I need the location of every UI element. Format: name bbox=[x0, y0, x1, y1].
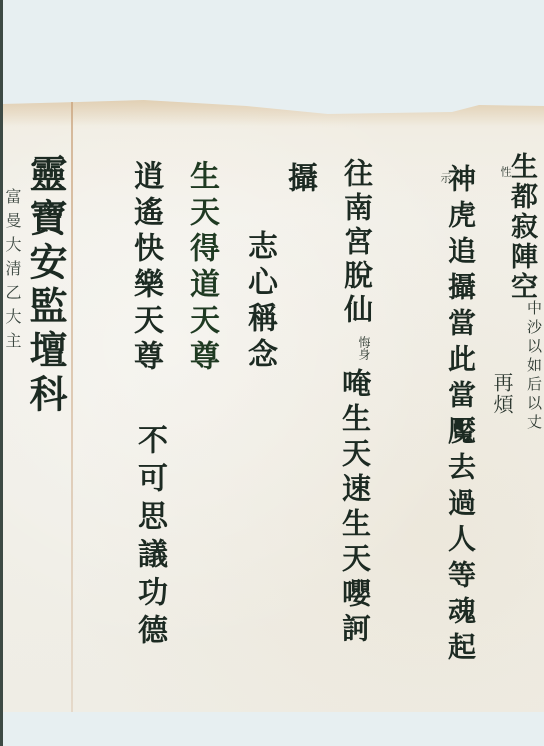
text-column-left-edge-fragment: 富曼大清乙大主 bbox=[4, 188, 20, 356]
text-column-3-mantra: 唵生天速生天嚶訶 bbox=[340, 368, 369, 648]
text-column-3-annotation: 悔身 bbox=[358, 336, 370, 360]
text-column-2: 神虎追攝當此當魘去過人等魂起 bbox=[446, 164, 474, 668]
text-column-5: 志心稱念 bbox=[244, 230, 274, 374]
text-column-1: 生都寂陣空 bbox=[508, 152, 535, 302]
text-column-right-edge-fragment: 中沙以如后以丈 bbox=[526, 300, 541, 433]
text-column-8: 不可思議功德 bbox=[134, 424, 164, 652]
text-column-4: 攝 bbox=[284, 162, 314, 194]
text-column-3: 往南宮脫仙 bbox=[342, 158, 371, 328]
paper-fold-line bbox=[71, 102, 73, 712]
document-title: 靈寶安監壇科 bbox=[26, 154, 64, 418]
text-column-7: 逍遙快樂天尊 bbox=[130, 160, 160, 376]
scanner-frame-edge bbox=[0, 0, 3, 746]
text-column-1-annotation: 再煩 bbox=[492, 372, 512, 416]
text-column-6: 生天得道天尊 bbox=[186, 160, 216, 376]
